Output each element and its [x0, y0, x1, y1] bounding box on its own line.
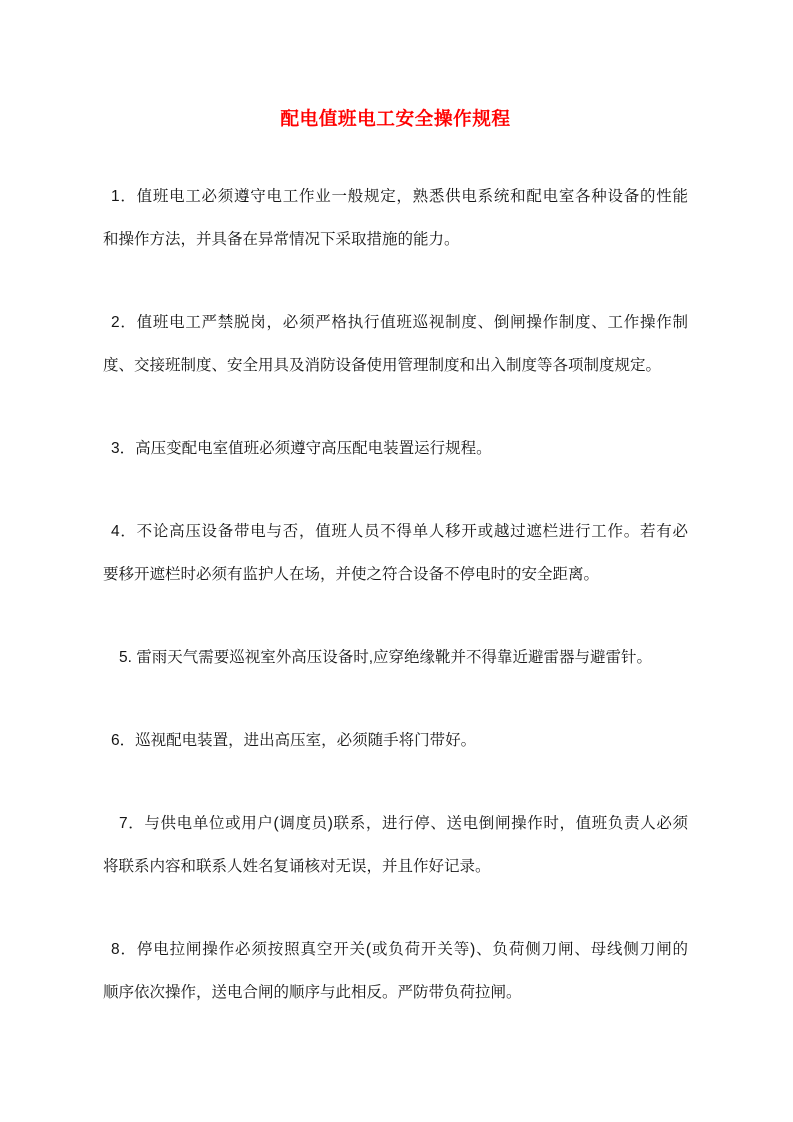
document-page: 配电值班电工安全操作规程 1．值班电工必须遵守电工作业一般规定，熟悉供电系统和配… [0, 0, 793, 1122]
text-line: 3．高压变配电室值班必须遵守高压配电装置运行规程。 [103, 427, 688, 470]
rule-paragraph-1: 1．值班电工必须遵守电工作业一般规定，熟悉供电系统和配电室各种设备的性能 和操作… [103, 175, 688, 261]
text-line: 1．值班电工必须遵守电工作业一般规定，熟悉供电系统和配电室各种设备的性能 [103, 175, 688, 218]
text-line: 7．与供电单位或用户(调度员)联系，进行停、送电倒闸操作时，值班负责人必须 [103, 802, 688, 845]
document-title: 配电值班电工安全操作规程 [103, 97, 688, 140]
text-line: 度、交接班制度、安全用具及消防设备使用管理制度和出入制度等各项制度规定。 [103, 344, 688, 387]
text-line: 顺序依次操作，送电合闸的顺序与此相反。严防带负荷拉闸。 [103, 971, 688, 1014]
text-line: 和操作方法，并具备在异常情况下采取措施的能力。 [103, 218, 688, 261]
rule-paragraph-5: 5. 雷雨天气需要巡视室外高压设备时,应穿绝缘靴并不得靠近避雷器与避雷针。 [103, 636, 688, 679]
rule-paragraph-4: 4．不论高压设备带电与否，值班人员不得单人移开或越过遮栏进行工作。若有必 要移开… [103, 510, 688, 596]
text-line: 8．停电拉闸操作必须按照真空开关(或负荷开关等)、负荷侧刀闸、母线侧刀闸的 [103, 928, 688, 971]
document-content: 配电值班电工安全操作规程 1．值班电工必须遵守电工作业一般规定，熟悉供电系统和配… [103, 97, 688, 1054]
text-line: 4．不论高压设备带电与否，值班人员不得单人移开或越过遮栏进行工作。若有必 [103, 510, 688, 553]
rule-paragraph-7: 7．与供电单位或用户(调度员)联系，进行停、送电倒闸操作时，值班负责人必须 将联… [103, 802, 688, 888]
rule-paragraph-8: 8．停电拉闸操作必须按照真空开关(或负荷开关等)、负荷侧刀闸、母线侧刀闸的 顺序… [103, 928, 688, 1014]
text-line: 要移开遮栏时必须有监护人在场，并使之符合设备不停电时的安全距离。 [103, 553, 688, 596]
rule-paragraph-2: 2．值班电工严禁脱岗，必须严格执行值班巡视制度、倒闸操作制度、工作操作制 度、交… [103, 301, 688, 387]
rule-paragraph-3: 3．高压变配电室值班必须遵守高压配电装置运行规程。 [103, 427, 688, 470]
text-line: 6．巡视配电装置，进出高压室，必须随手将门带好。 [103, 719, 688, 762]
text-line: 5. 雷雨天气需要巡视室外高压设备时,应穿绝缘靴并不得靠近避雷器与避雷针。 [103, 636, 688, 679]
rule-paragraph-6: 6．巡视配电装置，进出高压室，必须随手将门带好。 [103, 719, 688, 762]
text-line: 将联系内容和联系人姓名复诵核对无误，并且作好记录。 [103, 845, 688, 888]
text-line: 2．值班电工严禁脱岗，必须严格执行值班巡视制度、倒闸操作制度、工作操作制 [103, 301, 688, 344]
